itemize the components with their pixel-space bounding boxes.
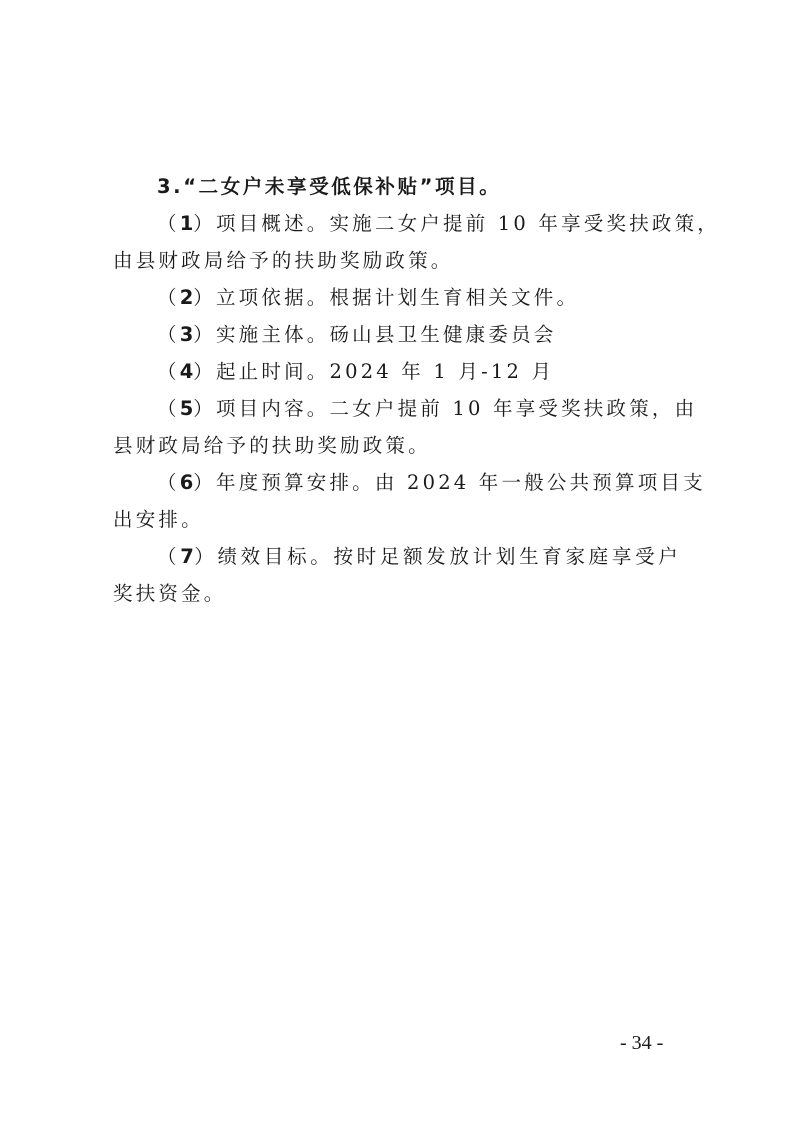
item-6-line-2: 出安排。	[113, 501, 681, 538]
item-7-line-1: （7）绩效目标。按时足额发放计划生育家庭享受户	[113, 538, 681, 575]
item-5-line-2: 县财政局给予的扶助奖励政策。	[113, 427, 681, 464]
item-text: 由县财政局给予的扶助奖励政策。	[113, 249, 454, 272]
item-text: 起止时间。2024 年 1 月-12 月	[216, 360, 554, 383]
item-1-line-2: 由县财政局给予的扶助奖励政策。	[113, 242, 681, 279]
section-number: 3.	[157, 175, 183, 198]
item-text: 项目概述。实施二女户提前 10 年享受奖扶政策，	[216, 212, 720, 235]
item-text: 县财政局给予的扶助奖励政策。	[113, 434, 431, 457]
item-number: 7	[180, 545, 194, 568]
item-number: 5	[180, 397, 194, 420]
document-body: 3.“二女户未享受低保补贴”项目。 （1）项目概述。实施二女户提前 10 年享受…	[113, 168, 681, 612]
item-number: 1	[180, 212, 194, 235]
item-text: 出安排。	[113, 508, 204, 531]
item-4-line-1: （4）起止时间。2024 年 1 月-12 月	[113, 353, 681, 390]
item-7-line-2: 奖扶资金。	[113, 575, 681, 612]
item-text: 年度预算安排。由 2024 年一般公共预算项目支	[216, 471, 706, 494]
item-text: 立项依据。根据计划生育相关文件。	[216, 286, 579, 309]
item-number: 6	[180, 471, 194, 494]
item-2-line-1: （2）立项依据。根据计划生育相关文件。	[113, 279, 681, 316]
page-number: - 34 -	[620, 1032, 663, 1055]
item-number: 3	[180, 323, 194, 346]
section-title: “二女户未享受低保补贴”项目。	[183, 175, 501, 198]
item-text: 项目内容。二女户提前 10 年享受奖扶政策，由	[216, 397, 697, 420]
document-page: 3.“二女户未享受低保补贴”项目。 （1）项目概述。实施二女户提前 10 年享受…	[0, 0, 793, 1122]
item-1-line-1: （1）项目概述。实施二女户提前 10 年享受奖扶政策，	[113, 205, 681, 242]
item-number: 4	[180, 360, 194, 383]
item-text: 绩效目标。按时足额发放计划生育家庭享受户	[217, 545, 681, 568]
section-heading: 3.“二女户未享受低保补贴”项目。	[113, 168, 681, 205]
item-5-line-1: （5）项目内容。二女户提前 10 年享受奖扶政策，由	[113, 390, 681, 427]
item-text: 实施主体。砀山县卫生健康委员会	[216, 323, 557, 346]
item-3-line-1: （3）实施主体。砀山县卫生健康委员会	[113, 316, 681, 353]
item-6-line-1: （6）年度预算安排。由 2024 年一般公共预算项目支	[113, 464, 681, 501]
item-number: 2	[180, 286, 194, 309]
item-text: 奖扶资金。	[113, 582, 227, 605]
